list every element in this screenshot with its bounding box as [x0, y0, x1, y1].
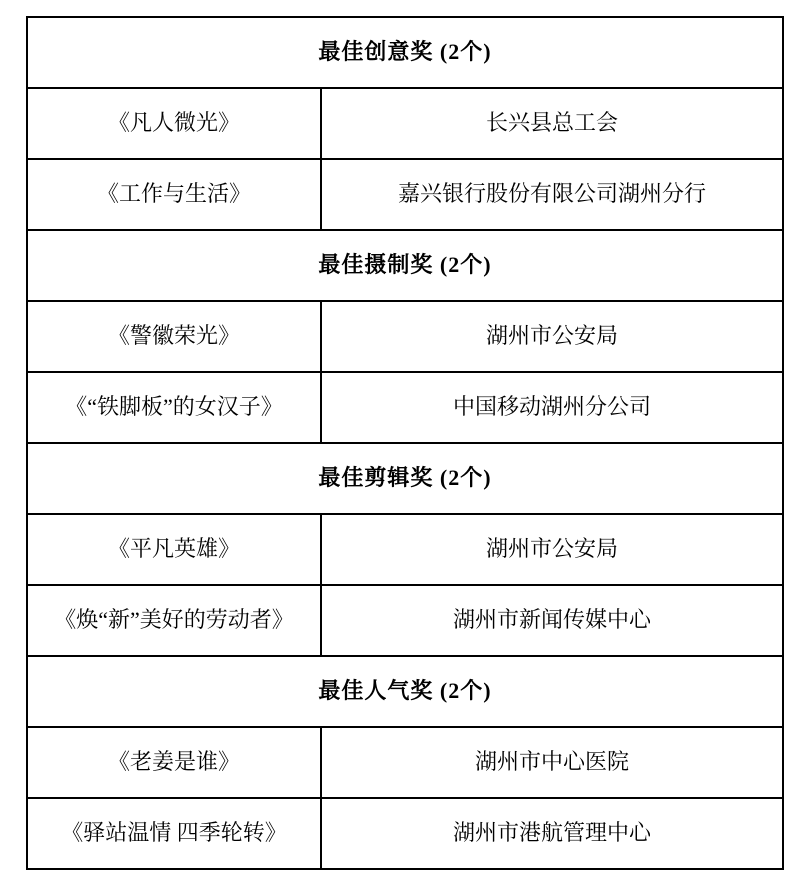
- organization-cell: 湖州市港航管理中心: [321, 798, 783, 869]
- work-title-cell: 《焕“新”美好的劳动者》: [27, 585, 321, 656]
- table-row: 《“铁脚板”的女汉子》 中国移动湖州分公司: [27, 372, 783, 443]
- organization-cell: 湖州市新闻传媒中心: [321, 585, 783, 656]
- table-row: 《老姜是谁》 湖州市中心医院: [27, 727, 783, 798]
- table-row: 《驿站温情 四季轮转》 湖州市港航管理中心: [27, 798, 783, 869]
- award-category-header: 最佳创意奖 (2个): [27, 17, 783, 88]
- table-row: 《平凡英雄》 湖州市公安局: [27, 514, 783, 585]
- section-header-row: 最佳人气奖 (2个): [27, 656, 783, 727]
- work-title-cell: 《平凡英雄》: [27, 514, 321, 585]
- work-title-cell: 《老姜是谁》: [27, 727, 321, 798]
- table-row: 《凡人微光》 长兴县总工会: [27, 88, 783, 159]
- organization-cell: 长兴县总工会: [321, 88, 783, 159]
- organization-cell: 中国移动湖州分公司: [321, 372, 783, 443]
- award-category-header: 最佳剪辑奖 (2个): [27, 443, 783, 514]
- work-title-cell: 《警徽荣光》: [27, 301, 321, 372]
- document-page: 最佳创意奖 (2个) 《凡人微光》 长兴县总工会 《工作与生活》 嘉兴银行股份有…: [0, 0, 800, 884]
- work-title-cell: 《“铁脚板”的女汉子》: [27, 372, 321, 443]
- work-title-cell: 《凡人微光》: [27, 88, 321, 159]
- section-header-row: 最佳摄制奖 (2个): [27, 230, 783, 301]
- awards-table: 最佳创意奖 (2个) 《凡人微光》 长兴县总工会 《工作与生活》 嘉兴银行股份有…: [26, 16, 784, 870]
- organization-cell: 湖州市公安局: [321, 514, 783, 585]
- section-header-row: 最佳剪辑奖 (2个): [27, 443, 783, 514]
- table-row: 《工作与生活》 嘉兴银行股份有限公司湖州分行: [27, 159, 783, 230]
- organization-cell: 嘉兴银行股份有限公司湖州分行: [321, 159, 783, 230]
- organization-cell: 湖州市中心医院: [321, 727, 783, 798]
- table-row: 《警徽荣光》 湖州市公安局: [27, 301, 783, 372]
- organization-cell: 湖州市公安局: [321, 301, 783, 372]
- award-category-header: 最佳人气奖 (2个): [27, 656, 783, 727]
- section-header-row: 最佳创意奖 (2个): [27, 17, 783, 88]
- work-title-cell: 《驿站温情 四季轮转》: [27, 798, 321, 869]
- work-title-cell: 《工作与生活》: [27, 159, 321, 230]
- award-category-header: 最佳摄制奖 (2个): [27, 230, 783, 301]
- table-row: 《焕“新”美好的劳动者》 湖州市新闻传媒中心: [27, 585, 783, 656]
